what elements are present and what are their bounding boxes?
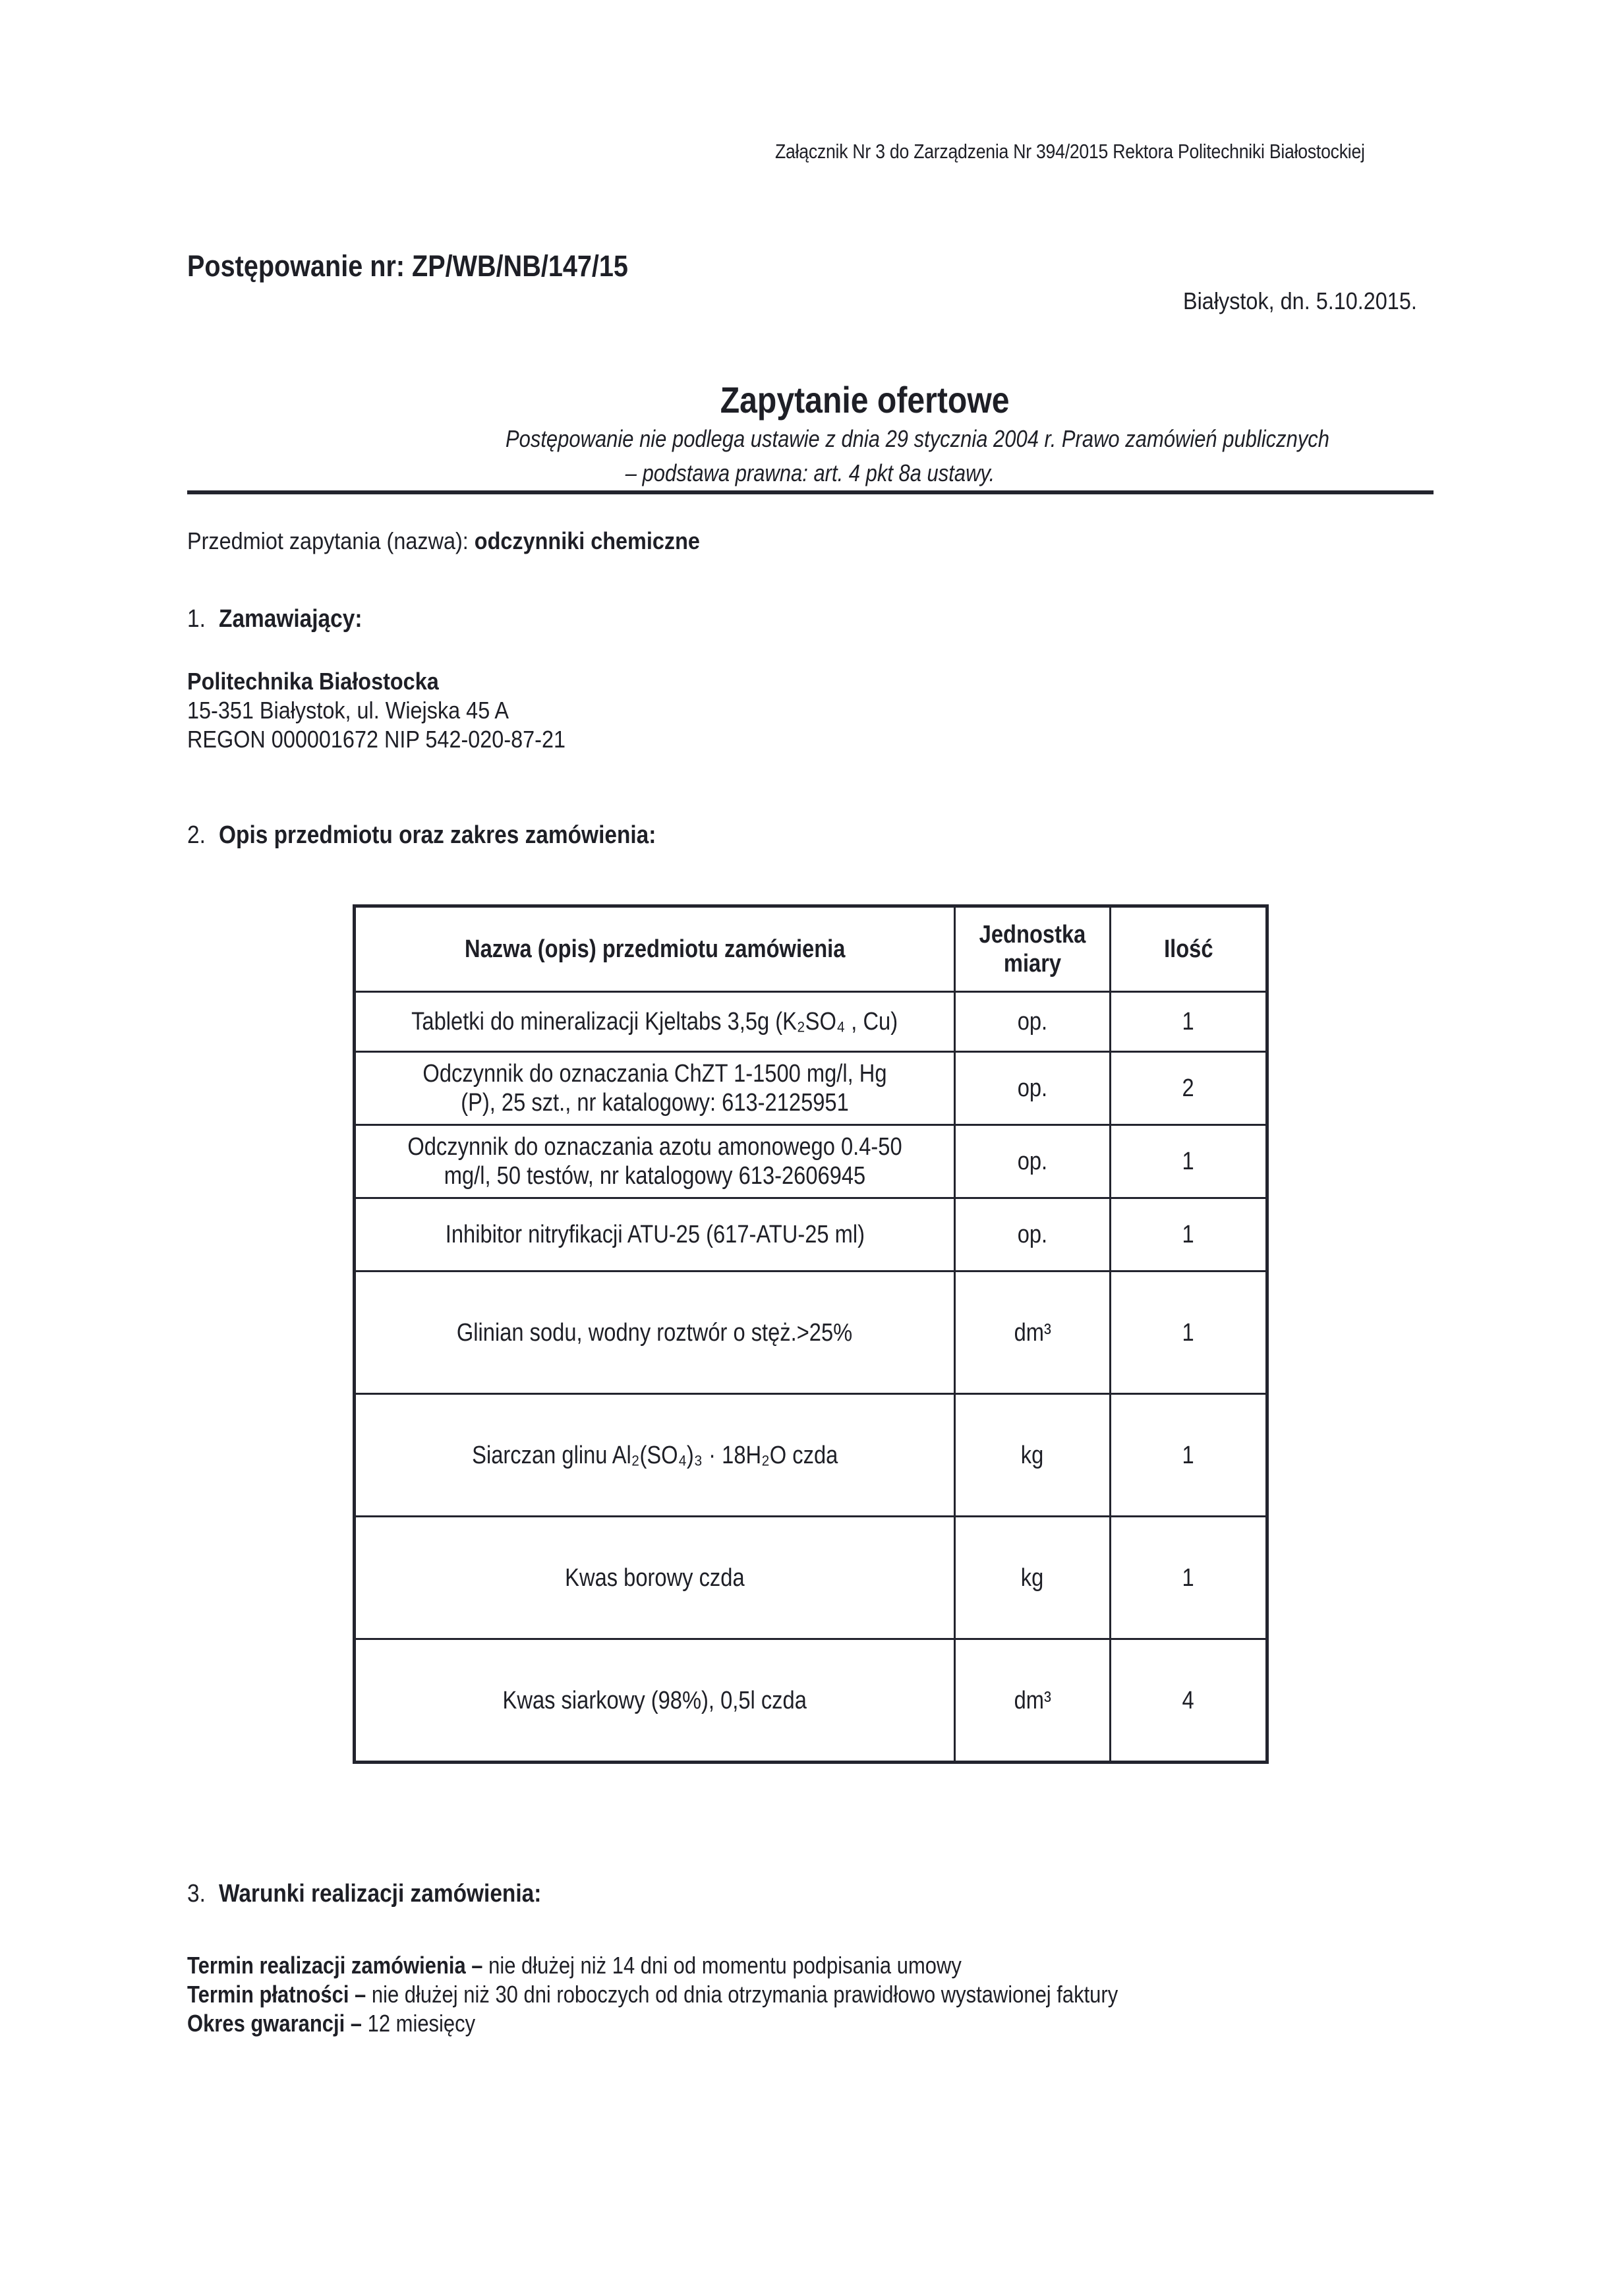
item-qty-cell: 1	[1111, 1198, 1267, 1271]
item-name-cell: Kwas borowy czda	[355, 1517, 955, 1639]
item-name-cell: Glinian sodu, wodny roztwór o stęż.>25%	[355, 1271, 955, 1394]
item-unit-cell: op.	[955, 992, 1111, 1052]
item-qty-cell: 1	[1111, 1125, 1267, 1198]
subject-line: Przedmiot zapytania (nazwa): odczynniki …	[187, 527, 700, 555]
item-qty-cell: 1	[1111, 992, 1267, 1052]
item-qty-cell: 4	[1111, 1639, 1267, 1763]
orderer-block: Politechnika Białostocka 15-351 Białysto…	[187, 667, 565, 754]
item-qty-cell: 2	[1111, 1052, 1267, 1125]
document-title: Zapytanie ofertowe	[0, 378, 1624, 421]
section-3-title: Warunki realizacji zamówienia:	[219, 1880, 541, 1908]
legal-note-line-2: – podstawa prawna: art. 4 pkt 8a ustawy.	[110, 456, 1510, 490]
item-unit-cell: op.	[955, 1198, 1111, 1271]
section-2-heading: 2. Opis przedmiotu oraz zakres zamówieni…	[187, 821, 656, 850]
item-name-cell: Odczynnik do oznaczania ChZT 1-1500 mg/l…	[355, 1052, 955, 1125]
section-3-heading: 3. Warunki realizacji zamówienia:	[187, 1880, 541, 1908]
item-name-cell: Odczynnik do oznaczania azotu amonowego …	[355, 1125, 955, 1198]
section-2-number: 2.	[187, 821, 213, 850]
item-unit-cell: dm³	[955, 1271, 1111, 1394]
section-1-title: Zamawiający:	[219, 605, 362, 633]
item-name-cell: Kwas siarkowy (98%), 0,5l czda	[355, 1639, 955, 1763]
section-2-title: Opis przedmiotu oraz zakres zamówienia:	[219, 821, 656, 849]
column-header-qty: Ilość	[1111, 906, 1267, 992]
items-table: Nazwa (opis) przedmiotu zamówienia Jedno…	[353, 904, 1269, 1764]
term-warranty: Okres gwarancji – 12 miesięcy	[187, 2009, 1118, 2038]
item-name-cell: Inhibitor nitryfikacji ATU-25 (617-ATU-2…	[355, 1198, 955, 1271]
item-unit-cell: kg	[955, 1517, 1111, 1639]
orderer-address: 15-351 Białystok, ul. Wiejska 45 A	[187, 696, 565, 725]
item-unit-cell: kg	[955, 1394, 1111, 1517]
item-name-cell: Tabletki do mineralizacji Kjeltabs 3,5g …	[355, 992, 955, 1052]
term-delivery: Termin realizacji zamówienia – nie dłuże…	[187, 1951, 1118, 1980]
place-date: Białystok, dn. 5.10.2015.	[1183, 287, 1417, 315]
item-unit-cell: dm³	[955, 1639, 1111, 1763]
legal-note-line-1: Postępowanie nie podlega ustawie z dnia …	[310, 422, 1525, 456]
terms-block: Termin realizacji zamówienia – nie dłuże…	[187, 1951, 1118, 2038]
item-name-cell: Siarczan glinu Al₂(SO₄)₃ · 18H₂O czda	[355, 1394, 955, 1517]
table-header-row: Nazwa (opis) przedmiotu zamówienia Jedno…	[355, 906, 1267, 992]
table-row: Inhibitor nitryfikacji ATU-25 (617-ATU-2…	[355, 1198, 1267, 1271]
item-qty-cell: 1	[1111, 1271, 1267, 1394]
attachment-note: Załącznik Nr 3 do Zarządzenia Nr 394/201…	[775, 140, 1365, 163]
item-unit-cell: op.	[955, 1125, 1111, 1198]
column-header-unit: Jednostka miary	[955, 906, 1111, 992]
table-row: Kwas siarkowy (98%), 0,5l czdadm³4	[355, 1639, 1267, 1763]
table-row: Glinian sodu, wodny roztwór o stęż.>25%d…	[355, 1271, 1267, 1394]
section-1-heading: 1. Zamawiający:	[187, 605, 362, 633]
item-qty-cell: 1	[1111, 1517, 1267, 1639]
orderer-ids: REGON 000001672 NIP 542-020-87-21	[187, 725, 565, 754]
orderer-name: Politechnika Białostocka	[187, 667, 565, 696]
section-3-number: 3.	[187, 1880, 213, 1908]
item-qty-cell: 1	[1111, 1394, 1267, 1517]
proceeding-number: Postępowanie nr: ZP/WB/NB/147/15	[187, 249, 628, 283]
column-header-name: Nazwa (opis) przedmiotu zamówienia	[355, 906, 955, 992]
title-divider	[187, 490, 1434, 494]
item-unit-cell: op.	[955, 1052, 1111, 1125]
subject-value: odczynniki chemiczne	[475, 527, 700, 554]
term-payment: Termin płatności – nie dłużej niż 30 dni…	[187, 1980, 1118, 2009]
table-row: Odczynnik do oznaczania azotu amonowego …	[355, 1125, 1267, 1198]
table-row: Odczynnik do oznaczania ChZT 1-1500 mg/l…	[355, 1052, 1267, 1125]
section-1-number: 1.	[187, 605, 213, 633]
table-row: Siarczan glinu Al₂(SO₄)₃ · 18H₂O czdakg1	[355, 1394, 1267, 1517]
legal-note: Postępowanie nie podlega ustawie z dnia …	[0, 422, 1624, 490]
table-row: Kwas borowy czdakg1	[355, 1517, 1267, 1639]
document-title-text: Zapytanie ofertowe	[720, 378, 1010, 421]
subject-label: Przedmiot zapytania (nazwa):	[187, 527, 475, 554]
table-row: Tabletki do mineralizacji Kjeltabs 3,5g …	[355, 992, 1267, 1052]
